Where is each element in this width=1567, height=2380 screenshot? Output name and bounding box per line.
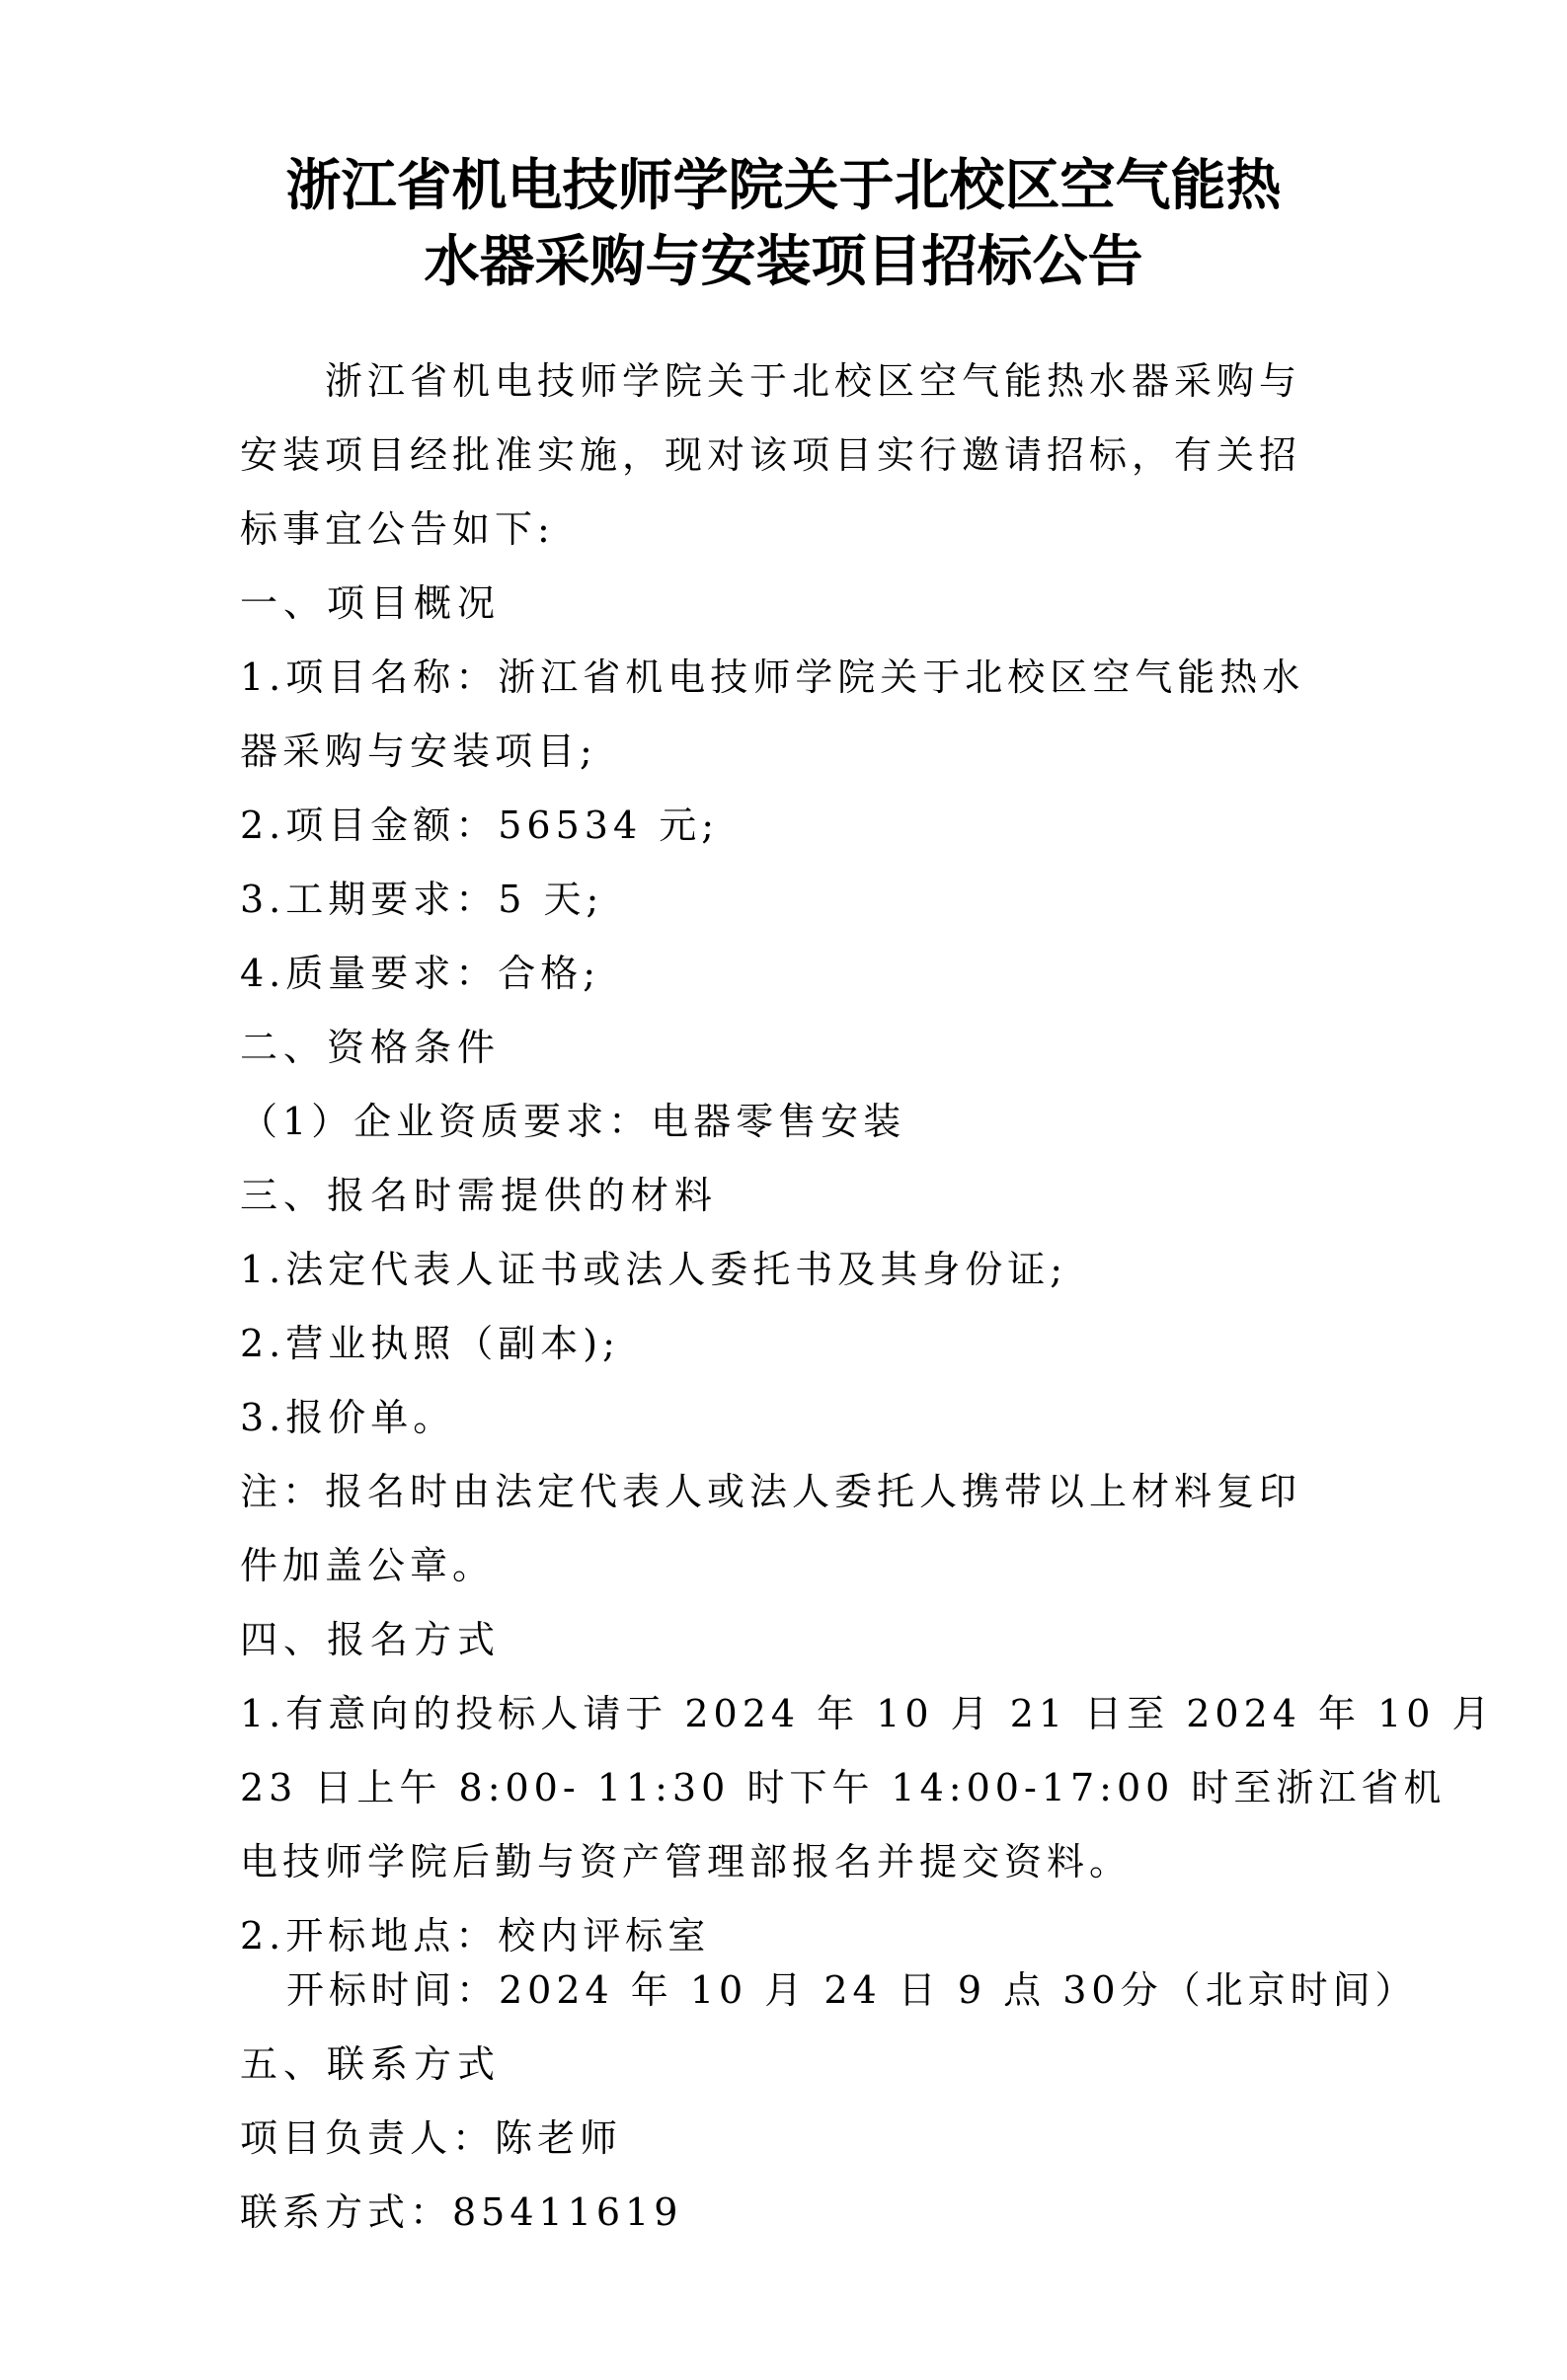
- material-item-1: 1.法定代表人证书或法人委托书及其身份证;: [240, 1246, 1067, 1293]
- materials-note-line-2: 件加盖公章。: [240, 1542, 495, 1589]
- registration-line-1: 1.有意向的投标人请于 2024 年 10 月 21 日至 2024 年 10 …: [240, 1690, 1495, 1737]
- section-heading-qualifications: 二、资格条件: [240, 1024, 501, 1071]
- bid-opening-location: 2.开标地点：校内评标室: [240, 1912, 710, 1959]
- project-duration: 3.工期要求：5 天;: [240, 876, 603, 923]
- section-heading-registration: 四、报名方式: [240, 1616, 501, 1663]
- intro-line-2: 安装项目经批准实施，现对该项目实行邀请招标，有关招: [240, 431, 1301, 479]
- project-name-line-2: 器采购与安装项目;: [240, 728, 597, 775]
- qualification-requirement: （1）企业资质要求：电器零售安装: [240, 1098, 905, 1145]
- document-title-line-2: 水器采购与安装项目招标公告: [197, 224, 1370, 299]
- document-page: 浙江省机电技师学院关于北校区空气能热 水器采购与安装项目招标公告 浙江省机电技师…: [0, 0, 1567, 2380]
- contact-phone: 联系方式：85411619: [240, 2188, 682, 2236]
- material-item-2: 2.营业执照（副本);: [240, 1320, 620, 1367]
- contact-person: 项目负责人：陈老师: [240, 2114, 622, 2162]
- document-title-line-1: 浙江省机电技师学院关于北校区空气能热: [197, 148, 1370, 223]
- intro-line-1: 浙江省机电技师学院关于北校区空气能热水器采购与: [325, 357, 1301, 405]
- project-amount: 2.项目金额：56534 元;: [240, 802, 719, 849]
- section-heading-project-overview: 一、项目概况: [240, 579, 501, 627]
- material-item-3: 3.报价单。: [240, 1394, 455, 1441]
- section-heading-contact: 五、联系方式: [240, 2040, 501, 2088]
- project-name-line-1: 1.项目名称：浙江省机电技师学院关于北校区空气能热水: [240, 653, 1304, 701]
- bid-opening-time: 开标时间：2024 年 10 月 24 日 9 点 30分（北京时间）: [286, 1966, 1418, 2014]
- registration-line-3: 电技师学院后勤与资产管理部报名并提交资料。: [240, 1838, 1132, 1885]
- materials-note-line-1: 注：报名时由法定代表人或法人委托人携带以上材料复印: [240, 1468, 1301, 1515]
- section-heading-required-materials: 三、报名时需提供的材料: [240, 1172, 718, 1219]
- intro-line-3: 标事宜公告如下:: [240, 505, 555, 553]
- registration-line-2: 23 日上午 8:00- 11:30 时下午 14:00-17:00 时至浙江省…: [240, 1764, 1446, 1811]
- project-quality: 4.质量要求：合格;: [240, 950, 600, 997]
